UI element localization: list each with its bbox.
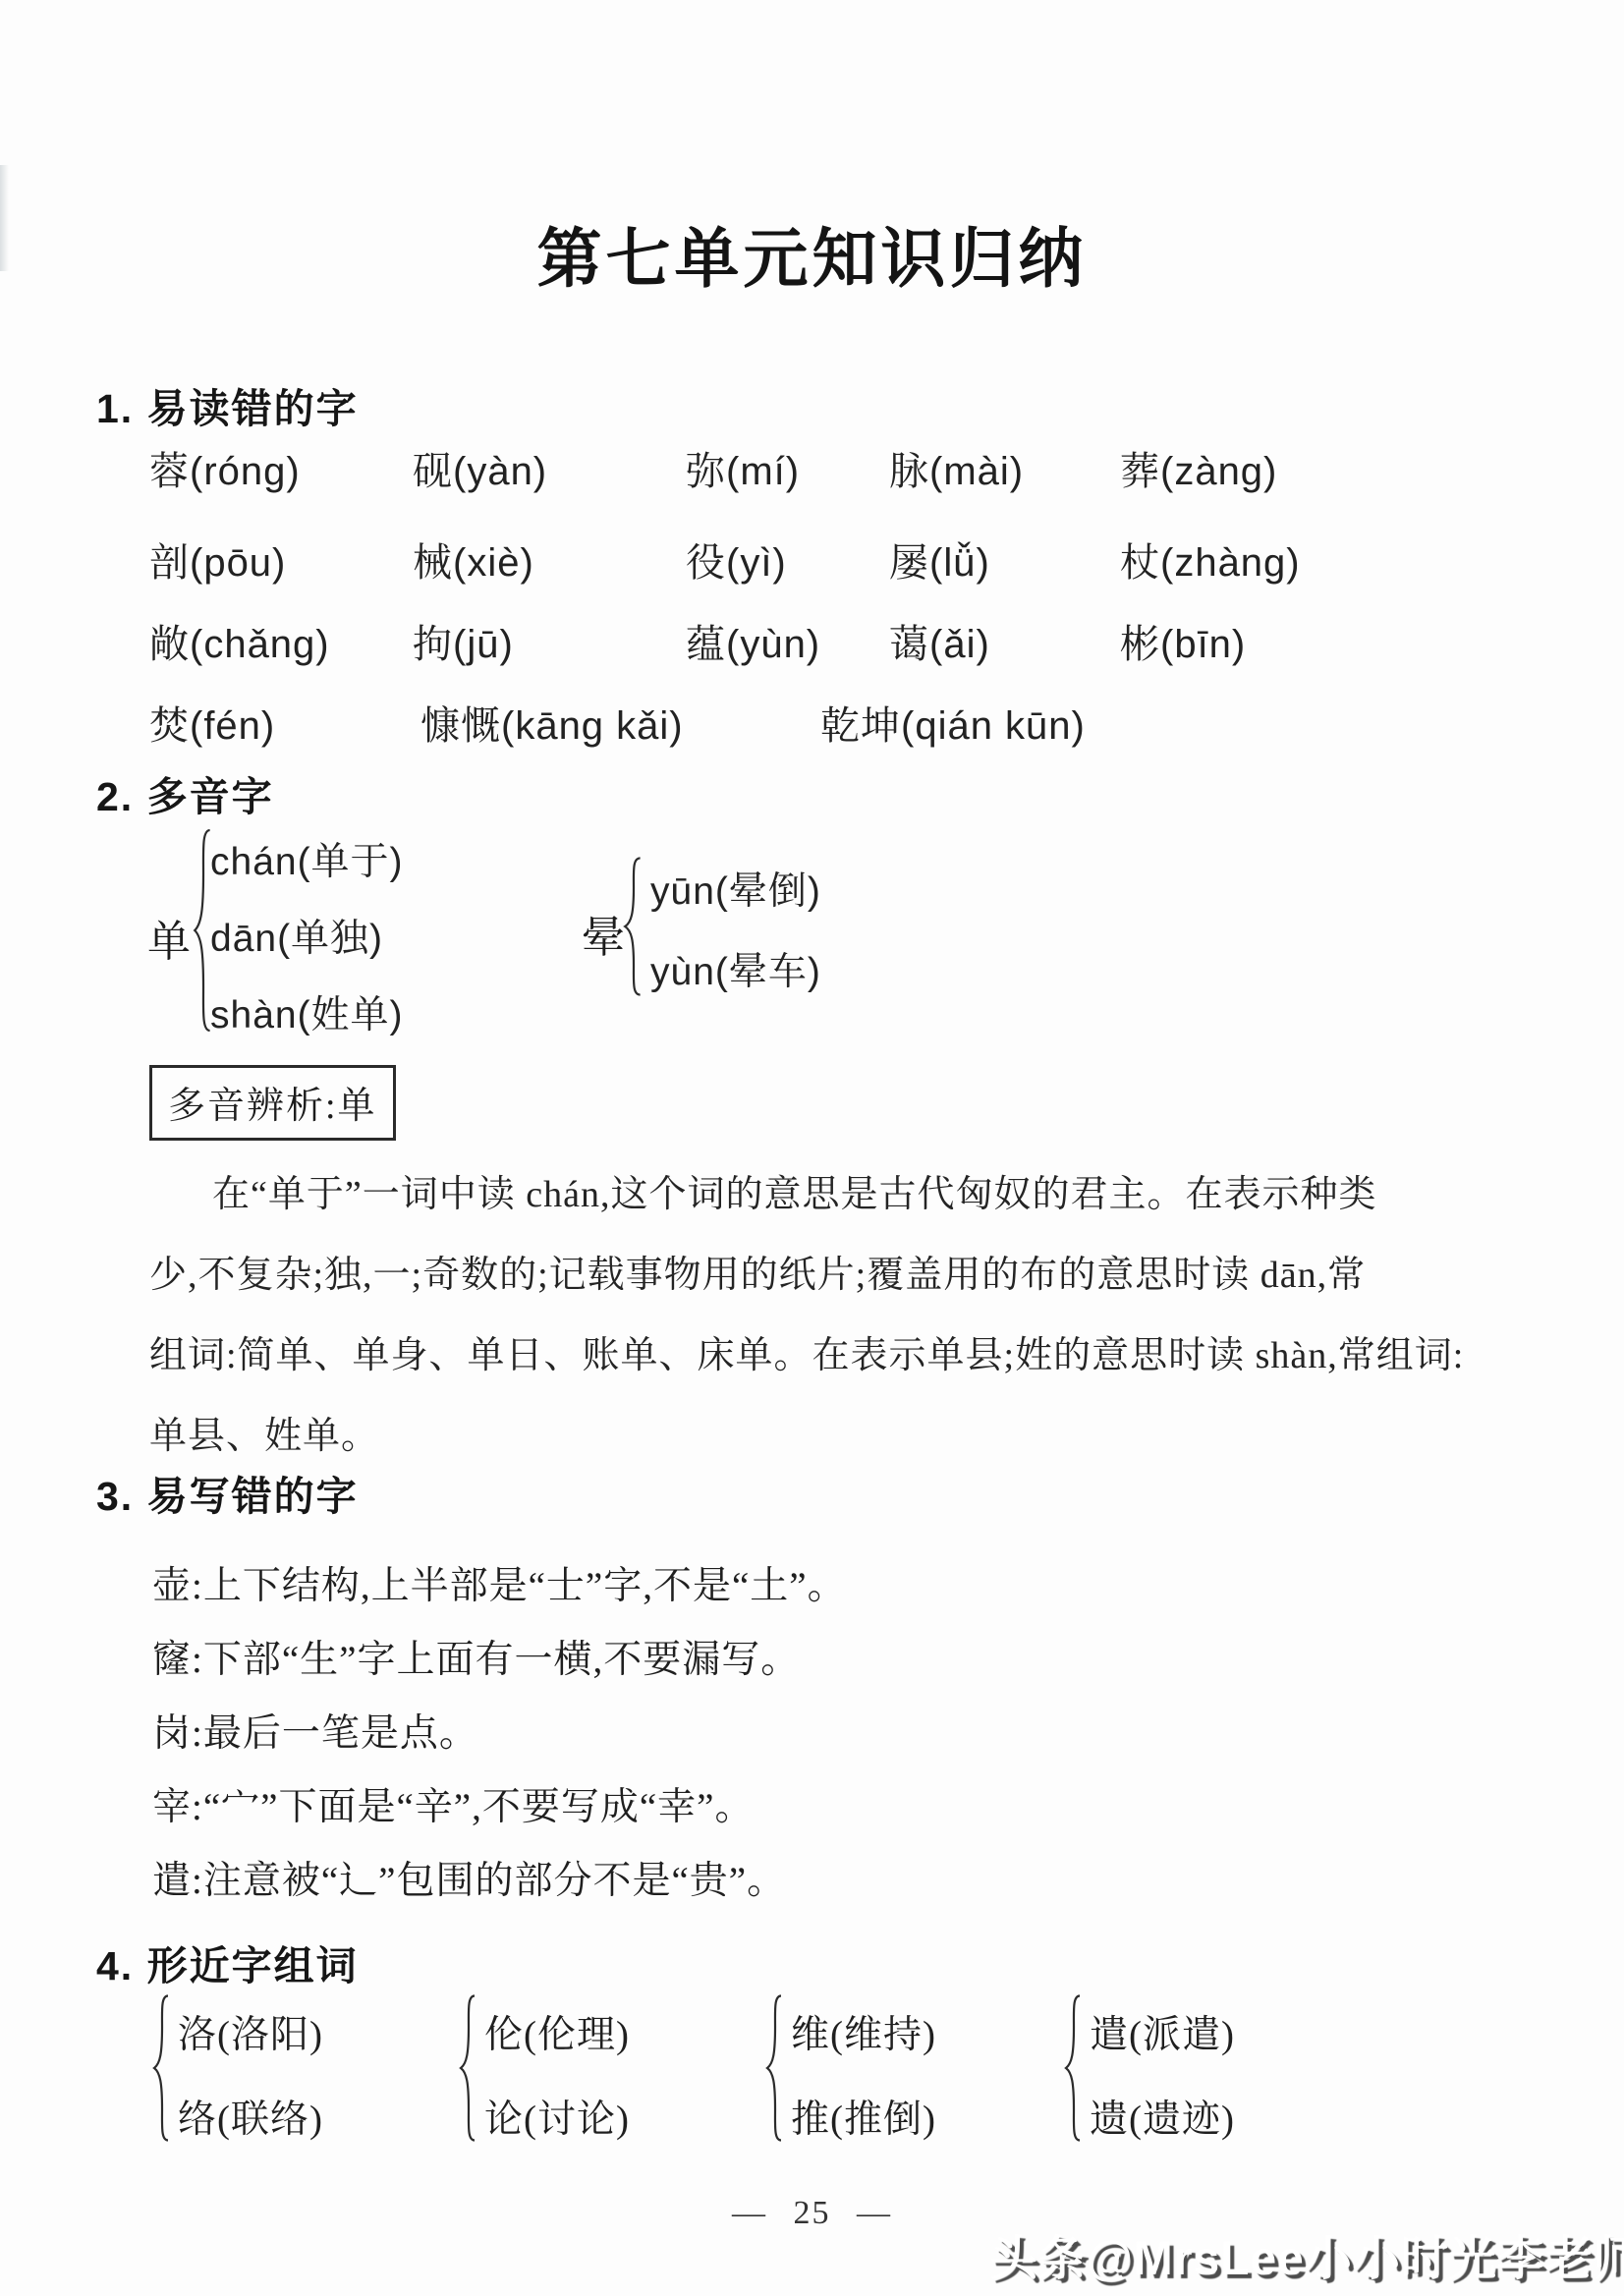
misread-item: 蔼(ǎi) — [889, 613, 990, 669]
misread-item: 焚(fén) — [149, 695, 275, 751]
polyphonic-reading: shàn(姓单) — [210, 984, 404, 1039]
similar-pair-top: 洛(洛阳) — [178, 2004, 323, 2059]
similar-pair-bottom: 论(讨论) — [484, 2089, 630, 2144]
misread-item: 蕴(yùn) — [686, 613, 820, 669]
watermark: 头条@MrsLee小小时光李老师 — [990, 2220, 1624, 2288]
section-misread-heading: 1. 易读错的字 — [96, 376, 359, 434]
polyphonic-reading: yùn(晕车) — [650, 941, 821, 996]
polyphonic-base-char: 晕 — [582, 902, 625, 965]
left-brace-icon — [459, 1994, 478, 2142]
left-brace-icon — [765, 1994, 785, 2142]
misread-item: 械(xiè) — [413, 532, 534, 588]
polyphonic-base-char: 单 — [147, 906, 191, 969]
miswritten-note: 宰:“宀”下面是“辛”,不要写成“幸”。 — [152, 1776, 754, 1831]
analysis-paragraph-line: 单县、姓单。 — [149, 1405, 1525, 1459]
left-brace-icon — [623, 857, 644, 996]
similar-pair-bottom: 络(联络) — [178, 2089, 323, 2144]
misread-item: 慷慨(kāng kǎi) — [420, 695, 684, 751]
misread-item: 剖(pōu) — [149, 532, 286, 588]
misread-item: 脉(mài) — [889, 440, 1024, 496]
misread-item: 葬(zàng) — [1120, 440, 1277, 496]
misread-item: 拘(jū) — [413, 613, 514, 669]
misread-item: 乾坤(qián kūn) — [820, 695, 1086, 751]
similar-pair-top: 维(维持) — [791, 2004, 936, 2059]
analysis-paragraph-line: 在“单于”一词中读 chán,这个词的意思是古代匈奴的君主。在表示种类 — [149, 1163, 1588, 1217]
section-miswritten-heading: 3. 易写错的字 — [96, 1464, 359, 1522]
miswritten-note: 遣:注意被“辶”包围的部分不是“贵”。 — [152, 1850, 786, 1905]
page-title: 第七单元知识归纳 — [0, 206, 1624, 300]
left-brace-icon — [1064, 1994, 1084, 2142]
section-polyphonic-heading: 2. 多音字 — [96, 764, 274, 822]
misread-item: 弥(mí) — [686, 440, 800, 496]
analysis-paragraph-line: 少,不复杂;独,一;奇数的;记载事物用的纸片;覆盖用的布的意思时读 dān,常 — [149, 1244, 1525, 1298]
left-brace-icon — [152, 1994, 172, 2142]
misread-item: 杖(zhàng) — [1120, 532, 1301, 588]
analysis-paragraph-line: 组词:简单、单身、单日、账单、床单。在表示单县;姓的意思时读 shàn,常组词: — [149, 1324, 1525, 1378]
polyphonic-reading: dān(单独) — [210, 908, 383, 963]
similar-pair-bottom: 推(推倒) — [791, 2089, 936, 2144]
misread-item: 役(yì) — [686, 532, 787, 588]
misread-item: 砚(yàn) — [413, 440, 547, 496]
polyphonic-analysis-box-label: 多音辨析:单 — [149, 1065, 396, 1141]
misread-item: 敞(chǎng) — [149, 613, 330, 669]
miswritten-note: 窿:下部“生”字上面有一横,不要漏写。 — [152, 1629, 800, 1684]
misread-item: 彬(bīn) — [1120, 613, 1246, 669]
polyphonic-reading: yūn(晕倒) — [650, 861, 821, 916]
polyphonic-reading: chán(单于) — [210, 831, 404, 886]
similar-pair-top: 伦(伦理) — [484, 2004, 630, 2059]
misread-item: 屡(lǚ) — [889, 532, 990, 588]
section-similar-heading: 4. 形近字组词 — [96, 1933, 359, 1991]
misread-item: 蓉(róng) — [149, 440, 301, 496]
similar-pair-bottom: 遗(遗迹) — [1090, 2089, 1235, 2144]
document-page: 第七单元知识归纳 1. 易读错的字 蓉(róng) 砚(yàn) 弥(mí) 脉… — [0, 0, 1624, 2296]
miswritten-note: 岗:最后一笔是点。 — [152, 1703, 478, 1758]
miswritten-note: 壶:上下结构,上半部是“士”字,不是“土”。 — [152, 1555, 847, 1610]
similar-pair-top: 遣(派遣) — [1090, 2004, 1235, 2059]
